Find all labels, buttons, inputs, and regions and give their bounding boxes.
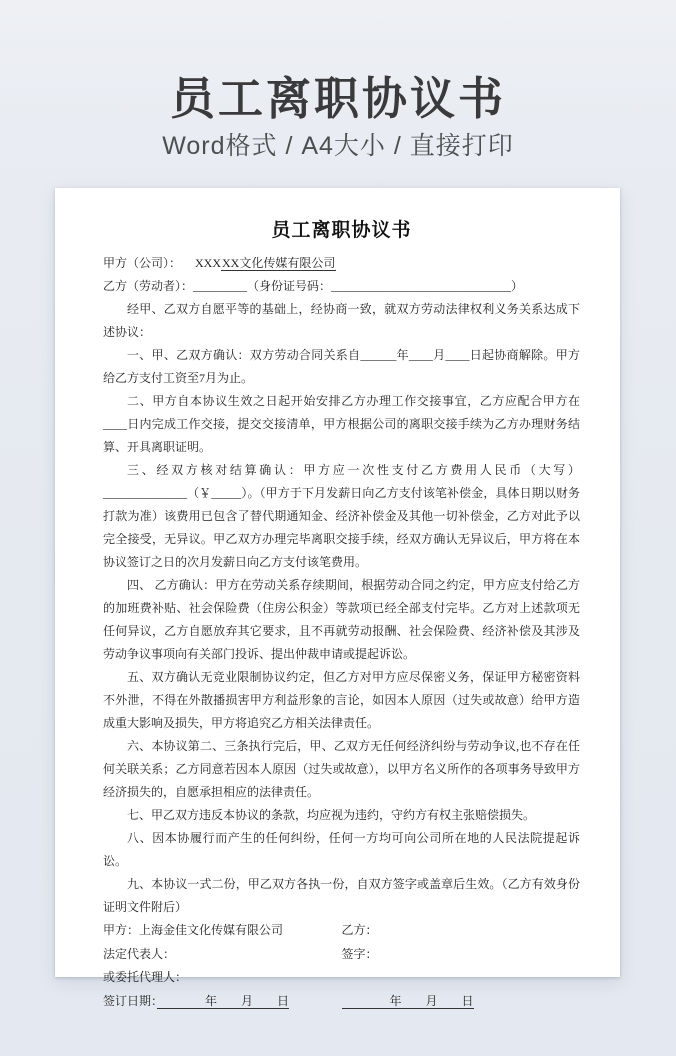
document-page: 员工离职协议书 甲方（公司）：XXXXX文化传媒有限公司 乙方（劳动者）：___… xyxy=(55,188,620,977)
party-b-close-paren: ） xyxy=(511,279,523,293)
party-b-signature-line: 乙方： xyxy=(342,919,581,943)
document-content: 员工离职协议书 甲方（公司）：XXXXX文化传媒有限公司 乙方（劳动者）：___… xyxy=(103,218,580,1013)
clause-paragraph-7: 七、甲乙双方违反本协议的条款，均应视为违约，守约方有权主张赔偿损失。 xyxy=(103,804,580,827)
clause-paragraph-6: 六、本协议第二、三条执行完后，甲、乙双方无任何经济纠纷与劳动争议,也不存在任何关… xyxy=(103,735,580,804)
agent-label: 或委托代理人： xyxy=(103,966,342,990)
clause-paragraph-2: 二、甲方自本协议生效之日起开始安排乙方办理工作交接事宜，乙方应配合甲方在____… xyxy=(103,390,580,459)
date-right: 年 月 日 xyxy=(342,990,581,1014)
date-left: 签订日期： 年 月 日 xyxy=(103,990,342,1014)
date-blank-right: 年 月 日 xyxy=(342,994,474,1009)
legal-rep-label: 法定代表人： xyxy=(103,943,342,967)
party-b-id-blank: ______________________________ xyxy=(331,279,511,293)
party-b-line: 乙方（劳动者）：_________（身份证号码：________________… xyxy=(103,275,580,298)
clause-paragraph-5: 五、双方确认无竞业限制协议约定，但乙方对甲方应尽保密义务，保证甲方秘密资料不外泄… xyxy=(103,666,580,735)
signature-row-date: 签订日期： 年 月 日 年 月 日 xyxy=(103,990,580,1014)
clause-paragraph-9: 九、本协议一式二份，甲乙双方各执一份，自双方签字或盖章后生效。（乙方有效身份证明… xyxy=(103,873,580,919)
party-a-company-underlined: XX文化传媒有限公司 xyxy=(221,256,336,271)
party-b-label: 乙方（劳动者）： xyxy=(103,279,193,293)
page-subtitle: Word格式 / A4大小 / 直接打印 xyxy=(0,126,676,162)
clause-paragraph-4: 四、 乙方确认：甲方在劳动关系存续期间，根据劳动合同之约定，甲方应支付给乙方的加… xyxy=(103,574,580,666)
intro-paragraph: 经甲、乙双方自愿平等的基础上，经协商一致，就双方劳动法律权利义务关系达成下述协议… xyxy=(103,298,580,344)
party-b-id-label: （身份证号码： xyxy=(247,279,331,293)
document-title: 员工离职协议书 xyxy=(103,218,580,244)
signature-row-agent: 或委托代理人： xyxy=(103,966,580,990)
page-title: 员工离职协议书 xyxy=(0,62,676,127)
clause-paragraph-3: 三、经双方核对结算确认：甲方应一次性支付乙方费用人民币（大写）_________… xyxy=(103,459,580,574)
date-blank-left: 年 月 日 xyxy=(157,994,289,1009)
party-a-label: 甲方（公司）： xyxy=(103,256,181,270)
signature-row-representative: 法定代表人： 签字： xyxy=(103,943,580,967)
clause-paragraph-8: 八、因本协履行而产生的任何纠纷，任何一方均可向公司所在地的人民法院提起诉讼。 xyxy=(103,827,580,873)
party-a-company-plain: XXX xyxy=(195,256,221,270)
clause-paragraph-1: 一、甲、乙双方确认：双方劳动合同关系自______年____月____日起协商解… xyxy=(103,344,580,390)
date-label: 签订日期： xyxy=(103,994,157,1008)
signature-block: 甲方：上海金佳文化传媒有限公司 乙方： 法定代表人： 签字： 或委托代理人： 签… xyxy=(103,919,580,1013)
party-a-signature-line: 甲方：上海金佳文化传媒有限公司 xyxy=(103,919,342,943)
signature-row-parties: 甲方：上海金佳文化传媒有限公司 乙方： xyxy=(103,919,580,943)
sign-label: 签字： xyxy=(342,943,581,967)
party-a-line: 甲方（公司）：XXXXX文化传媒有限公司 xyxy=(103,252,580,275)
party-b-name-blank: _________ xyxy=(193,279,247,293)
